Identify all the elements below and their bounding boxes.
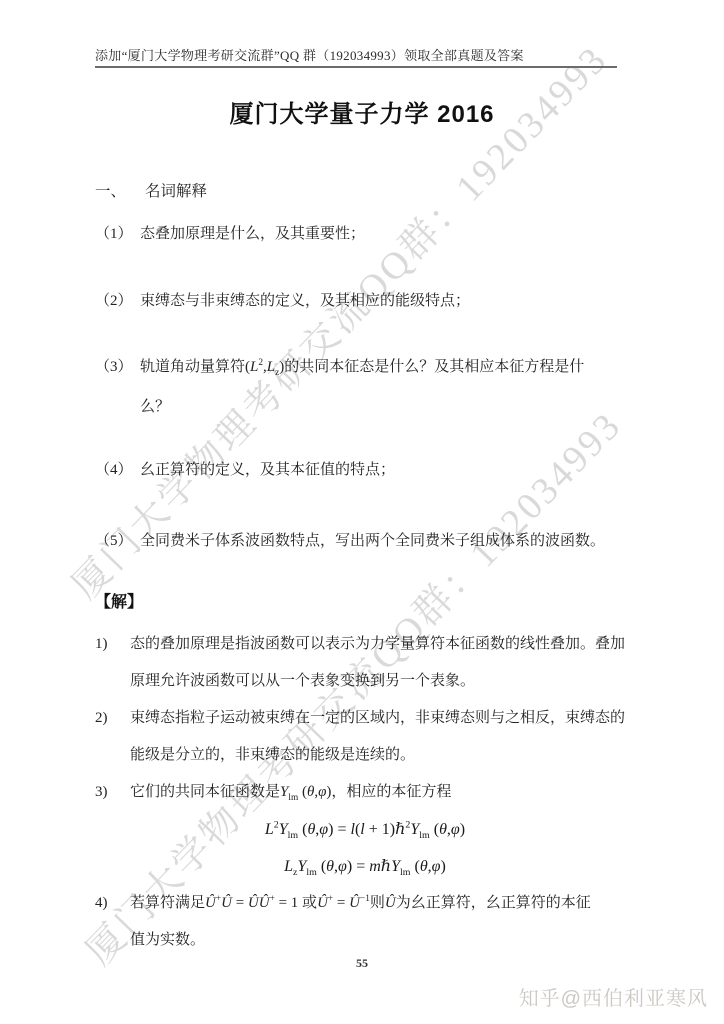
- question-number: （5）: [95, 521, 140, 561]
- eigen-equation-lz: LzYlm (θ,φ) = mℏYlm (θ,φ): [95, 848, 635, 885]
- answer-number: 1): [95, 626, 130, 700]
- answer-number: 3): [95, 774, 130, 811]
- answer-text: 束缚态指粒子运动被束缚在一定的区域内，非束缚态则与之相反，束缚态的能级是分立的，…: [130, 700, 635, 774]
- question-number: （2）: [95, 281, 140, 321]
- document-page: 厦门大学物理考研交流QQ群：192034993 厦门大学物理考研交流QQ群：19…: [0, 0, 724, 1024]
- question-text: 态叠加原理是什么，及其重要性；: [140, 214, 635, 254]
- eigen-equation-l-squared: L2Ylm (θ,φ) = l(l + 1)ℏ2Ylm (θ,φ): [95, 811, 635, 848]
- question-text: 幺正算符的定义，及其本征值的特点；: [140, 450, 635, 490]
- header-divider: [95, 66, 617, 68]
- question-5: （5） 全同费米子体系波函数特点，写出两个全同费米子组成体系的波函数。: [95, 521, 635, 561]
- page-title: 厦门大学量子力学 2016: [0, 94, 724, 129]
- answer-text-line: 态的叠加原理是指波函数可以表示为力学量算符本征函数的线性叠加。叠加: [130, 636, 625, 652]
- answer-text: 若算符满足Û+Û = ÛÛ+ = 1 或Û+ = Û−1则Û为幺正算符，幺正算符…: [130, 885, 635, 959]
- question-text: 全同费米子体系波函数特点，写出两个全同费米子组成体系的波函数。: [140, 521, 635, 561]
- answer-text-line: 若算符满足Û+Û = ÛÛ+ = 1 或Û+ = Û−1则Û为幺正算符，幺正算符…: [130, 895, 591, 911]
- question-text-line: 轨道角动量算符(L2,Lz)的共同本征态是什么？及其相应本征方程是什: [140, 359, 584, 375]
- credit-watermark: 知乎@西伯利亚寒风: [519, 982, 708, 1011]
- question-text: 轨道角动量算符(L2,Lz)的共同本征态是什么？及其相应本征方程是什么？: [140, 347, 635, 427]
- answer-text-line: 它们的共同本征函数是Ylm (θ,φ)，相应的本征方程: [130, 784, 451, 800]
- question-number: （1）: [95, 214, 140, 254]
- answer-text: 态的叠加原理是指波函数可以表示为力学量算符本征函数的线性叠加。叠加原理允许波函数…: [130, 626, 635, 700]
- question-2: （2） 束缚态与非束缚态的定义，及其相应的能级特点；: [95, 281, 635, 321]
- answer-text: 它们的共同本征函数是Ylm (θ,φ)，相应的本征方程: [130, 774, 635, 811]
- question-number: （4）: [95, 450, 140, 490]
- answer-text-line: 原理允许波函数可以从一个表象变换到另一个表象。: [130, 673, 475, 689]
- question-number: （3）: [95, 347, 140, 427]
- answer-4: 4) 若算符满足Û+Û = ÛÛ+ = 1 或Û+ = Û−1则Û为幺正算符，幺…: [95, 885, 635, 959]
- answer-2: 2) 束缚态指粒子运动被束缚在一定的区域内，非束缚态则与之相反，束缚态的能级是分…: [95, 700, 635, 774]
- page-number: 55: [0, 956, 724, 971]
- page-header-text: 添加“厦门大学物理考研交流群”QQ 群（192034993）领取全部真题及答案: [95, 45, 630, 64]
- answer-3: 3) 它们的共同本征函数是Ylm (θ,φ)，相应的本征方程: [95, 774, 635, 811]
- solution-section: 【解】 1) 态的叠加原理是指波函数可以表示为力学量算符本征函数的线性叠加。叠加…: [95, 588, 635, 959]
- question-text-line: 么？: [140, 399, 170, 415]
- question-3: （3） 轨道角动量算符(L2,Lz)的共同本征态是什么？及其相应本征方程是什么？: [95, 347, 635, 427]
- question-text: 束缚态与非束缚态的定义，及其相应的能级特点；: [140, 281, 635, 321]
- answer-text-line: 束缚态指粒子运动被束缚在一定的区域内，非束缚态则与之相反，束缚态的: [130, 710, 625, 726]
- question-section: 一、 名词解释 （1） 态叠加原理是什么，及其重要性； （2） 束缚态与非束缚态…: [95, 178, 635, 561]
- section-number: 一、: [95, 178, 145, 206]
- section-label: 名词解释: [145, 178, 207, 206]
- answer-number: 4): [95, 885, 130, 959]
- answer-1: 1) 态的叠加原理是指波函数可以表示为力学量算符本征函数的线性叠加。叠加原理允许…: [95, 626, 635, 700]
- answer-number: 2): [95, 700, 130, 774]
- answer-text-line: 能级是分立的，非束缚态的能级是连续的。: [130, 747, 415, 763]
- section-heading: 一、 名词解释: [95, 178, 635, 206]
- question-4: （4） 幺正算符的定义，及其本征值的特点；: [95, 450, 635, 490]
- solution-heading: 【解】: [95, 588, 635, 618]
- question-1: （1） 态叠加原理是什么，及其重要性；: [95, 214, 635, 254]
- answer-text-line: 值为实数。: [130, 932, 205, 948]
